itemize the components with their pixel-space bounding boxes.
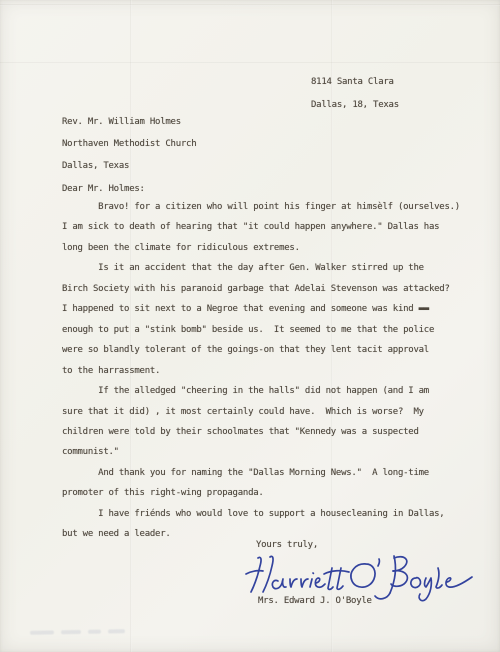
letter-line: enough to put a "stink bomb" beside us. … — [62, 320, 472, 340]
salutation-text: Dear Mr. Holmes: — [62, 182, 145, 196]
letter-line: I have friénds who would love to support… — [62, 504, 472, 524]
letter-line: Rev. Mr. William Holmes — [62, 111, 196, 133]
faint-mark-segment — [88, 630, 101, 634]
faint-archival-mark — [30, 628, 125, 636]
letter-line: Dallas, Texas — [62, 155, 196, 177]
recipient-address: Rev. Mr. William HolmesNorthaven Methodi… — [62, 111, 196, 177]
faint-mark-segment — [108, 629, 125, 633]
letter-line: communist." — [62, 442, 472, 462]
letter-line: children were told by their schoolmates … — [62, 422, 472, 442]
letter-line: Is it an accident that the day after Gen… — [62, 258, 472, 278]
letter-line: I am sick to death of hearing that "it c… — [62, 217, 472, 237]
letter-line: promoter of this right-wing propaganda. — [62, 483, 472, 503]
letter-line: 8114 Santa Clara — [311, 71, 399, 94]
letter-page: 8114 Santa ClaraDallas, 18, Texas Rev. M… — [0, 0, 500, 652]
letter-line: If the alledged "cheering in the halls" … — [62, 381, 472, 401]
letter-body: Bravo! for a citizen who will point his … — [62, 197, 472, 545]
return-address: 8114 Santa ClaraDallas, 18, Texas — [311, 71, 399, 116]
faint-mark-segment — [61, 630, 81, 634]
horizontal-fold-crease — [0, 4, 500, 6]
letter-line: Bravo! for a citizen who will point his … — [62, 197, 472, 217]
letter-line: Birch Society with his paranoid garbage … — [62, 279, 472, 299]
faint-mark-segment — [30, 630, 54, 634]
letter-line: to the harrassment. — [62, 361, 472, 381]
letter-line: Northaven Methodist Church — [62, 133, 196, 155]
salutation: Dear Mr. Holmes: — [62, 182, 145, 196]
letter-line: were so blandly tolerant of the goings-o… — [62, 340, 472, 360]
letter-line: Dallas, 18, Texas — [311, 94, 399, 117]
horizontal-fold-crease — [0, 62, 500, 63]
letter-line: sure that it did) , it most certainly co… — [62, 402, 472, 422]
letter-line: long been the climate for ridiculous ext… — [62, 238, 472, 258]
typed-name: Mrs. Edward J. O'Boyle — [258, 594, 372, 608]
letter-line: I happened to sit next to a Negroe that … — [62, 299, 472, 319]
typed-name-text: Mrs. Edward J. O'Boyle — [258, 594, 372, 608]
letter-line: And thank you for naming the "Dallas Mor… — [62, 463, 472, 483]
